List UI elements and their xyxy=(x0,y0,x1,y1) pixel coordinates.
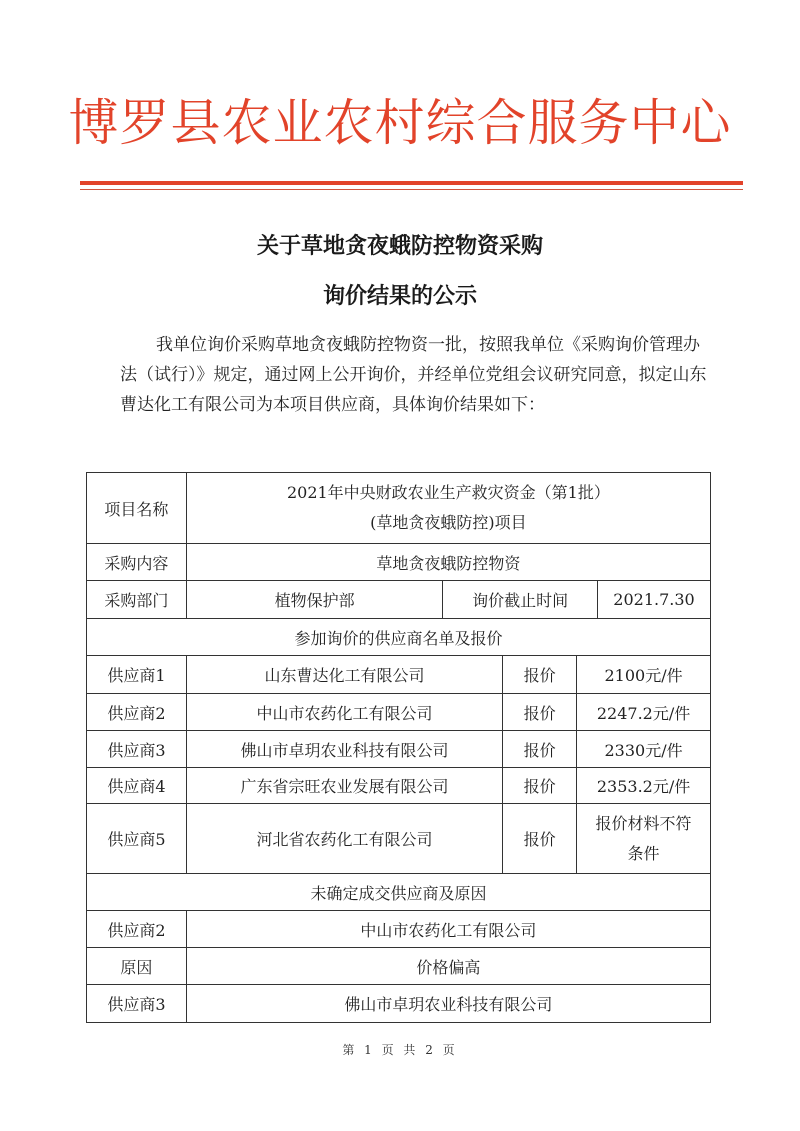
supplier-name: 广东省宗旺农业发展有限公司 xyxy=(186,768,502,804)
document-title-line2: 询价结果的公示 xyxy=(0,279,800,310)
supplier-row: 供应商2 中山市农药化工有限公司 报价 2247.2元/件 xyxy=(87,694,711,731)
supplier-name: 佛山市卓玥农业科技有限公司 xyxy=(186,731,502,768)
letterhead-divider-thin xyxy=(80,189,743,190)
price-label: 报价 xyxy=(503,731,577,768)
table-row-department: 采购部门 植物保护部 询价截止时间 2021.7.30 xyxy=(87,581,711,619)
price-label: 报价 xyxy=(503,694,577,731)
price-value: 2353.2元/件 xyxy=(577,768,711,804)
unselected-label: 原因 xyxy=(87,948,187,985)
supplier-row: 供应商4 广东省宗旺农业发展有限公司 报价 2353.2元/件 xyxy=(87,768,711,804)
price-value: 2247.2元/件 xyxy=(577,694,711,731)
deadline-value: 2021.7.30 xyxy=(598,581,711,619)
unselected-value: 价格偏高 xyxy=(186,948,710,985)
inquiry-result-table: 项目名称 2021年中央财政农业生产救灾资金（第1批） (草地贪夜蛾防控)项目 … xyxy=(86,472,711,1023)
deadline-label: 询价截止时间 xyxy=(443,581,598,619)
supplier-label: 供应商3 xyxy=(87,731,187,768)
supplier-name: 山东曹达化工有限公司 xyxy=(186,656,502,694)
content-value: 草地贪夜蛾防控物资 xyxy=(186,544,710,581)
price-value: 2330元/件 xyxy=(577,731,711,768)
table-row-content: 采购内容 草地贪夜蛾防控物资 xyxy=(87,544,711,581)
price-note-line1: 报价材料不符 xyxy=(577,809,710,839)
unselected-row: 原因 价格偏高 xyxy=(87,948,711,985)
unselected-label: 供应商3 xyxy=(87,985,187,1023)
project-name-line1: 2021年中央财政农业生产救灾资金（第1批） xyxy=(187,478,710,508)
table-row-unselected-header: 未确定成交供应商及原因 xyxy=(87,874,711,911)
project-name-value: 2021年中央财政农业生产救灾资金（第1批） (草地贪夜蛾防控)项目 xyxy=(186,473,710,544)
suppliers-header: 参加询价的供应商名单及报价 xyxy=(87,619,711,656)
letterhead-divider-thick xyxy=(80,181,743,185)
unselected-value: 中山市农药化工有限公司 xyxy=(186,911,710,948)
table-row-suppliers-header: 参加询价的供应商名单及报价 xyxy=(87,619,711,656)
unselected-header: 未确定成交供应商及原因 xyxy=(87,874,711,911)
content-label: 采购内容 xyxy=(87,544,187,581)
intro-paragraph: 我单位询价采购草地贪夜蛾防控物资一批，按照我单位《采购询价管理办法（试行）》规定… xyxy=(120,330,710,420)
price-note-line2: 条件 xyxy=(577,839,710,869)
dept-label: 采购部门 xyxy=(87,581,187,619)
price-label: 报价 xyxy=(503,804,577,874)
dept-value: 植物保护部 xyxy=(186,581,443,619)
intro-text: 我单位询价采购草地贪夜蛾防控物资一批，按照我单位《采购询价管理办法（试行）》规定… xyxy=(120,335,707,415)
unselected-value: 佛山市卓玥农业科技有限公司 xyxy=(186,985,710,1023)
unselected-row: 供应商3 佛山市卓玥农业科技有限公司 xyxy=(87,985,711,1023)
supplier-row: 供应商1 山东曹达化工有限公司 报价 2100元/件 xyxy=(87,656,711,694)
supplier-label: 供应商1 xyxy=(87,656,187,694)
table-row-project-name: 项目名称 2021年中央财政农业生产救灾资金（第1批） (草地贪夜蛾防控)项目 xyxy=(87,473,711,544)
supplier-label: 供应商2 xyxy=(87,694,187,731)
unselected-row: 供应商2 中山市农药化工有限公司 xyxy=(87,911,711,948)
price-value: 报价材料不符 条件 xyxy=(577,804,711,874)
price-value: 2100元/件 xyxy=(577,656,711,694)
supplier-row: 供应商5 河北省农药化工有限公司 报价 报价材料不符 条件 xyxy=(87,804,711,874)
supplier-name: 中山市农药化工有限公司 xyxy=(186,694,502,731)
page-indicator: 第 1 页 共 2 页 xyxy=(0,1041,800,1058)
organization-letterhead: 博罗县农业农村综合服务中心 xyxy=(0,93,800,153)
supplier-name: 河北省农药化工有限公司 xyxy=(186,804,502,874)
supplier-label: 供应商4 xyxy=(87,768,187,804)
document-title-line1: 关于草地贪夜蛾防控物资采购 xyxy=(0,229,800,260)
unselected-label: 供应商2 xyxy=(87,911,187,948)
project-name-line2: (草地贪夜蛾防控)项目 xyxy=(187,508,710,538)
supplier-label: 供应商5 xyxy=(87,804,187,874)
supplier-row: 供应商3 佛山市卓玥农业科技有限公司 报价 2330元/件 xyxy=(87,731,711,768)
project-name-label: 项目名称 xyxy=(87,473,187,544)
price-label: 报价 xyxy=(503,768,577,804)
price-label: 报价 xyxy=(503,656,577,694)
